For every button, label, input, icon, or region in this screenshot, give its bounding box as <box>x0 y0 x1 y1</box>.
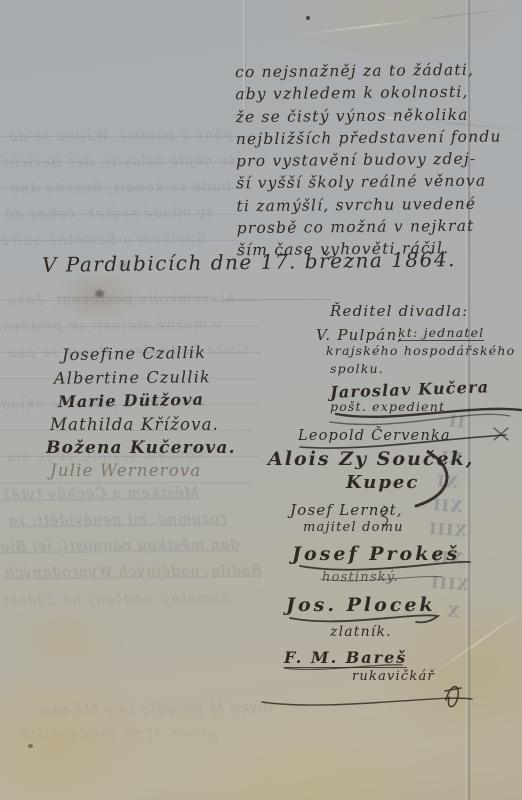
right-column-header: Ředitel divadla: <box>330 302 468 320</box>
body-line: co nejsnažněj za to žádati, <box>235 59 475 84</box>
signature-soucek-role: Kupec <box>346 472 419 493</box>
ghost-roman-numeral: XI <box>435 471 458 491</box>
body-line: ti zamýšlí, svrchu uvedené <box>236 193 476 218</box>
signature-prokes: Josef Prokeš <box>292 543 460 565</box>
ghost-text: pravé, M na tomto místě <box>20 725 218 743</box>
signature-bares: F. M. Bareš <box>284 648 407 668</box>
signature-prokes-role: hostinský. <box>322 570 399 585</box>
ghost-underline <box>225 299 330 300</box>
signature-plocek-role: zlatník. <box>330 624 392 640</box>
ghost-text: Městkem a Čechův tytéž <box>2 485 199 503</box>
body-line: aby vzhledem k okolnosti, <box>235 81 475 106</box>
stain-spot <box>28 744 33 748</box>
signature-pulpan-role: spolku. <box>330 361 384 376</box>
letter-body: co nejsnažněj za to žádati, aby vzhledem… <box>235 59 477 262</box>
signature-left: Josefine Czallik <box>62 343 206 365</box>
ghost-text: Radila, nadějných Wyprodaných <box>4 563 262 582</box>
body-line: ší vyšší školy reálné věnova <box>236 170 476 195</box>
signature-left: Julie Wernerova <box>50 461 201 480</box>
signature-kucera-role: pošt. expedient <box>330 399 445 414</box>
ghost-roman-numeral: XIII <box>427 519 467 541</box>
signature-plocek: Jos. Plocek <box>286 594 436 616</box>
body-line: prosbě co možná v nejkrat <box>237 215 477 240</box>
ghost-text: Spolkem a Samotně opírá <box>0 231 206 249</box>
ghost-text: Samotný, nadšený na Žádost <box>2 591 231 609</box>
ghost-text: rozumno, mi nenáviděti; za <box>8 511 227 529</box>
signature-soucek: Alois Zy Souček, <box>268 448 474 470</box>
ghost-text: den městkou pánností, jej Bio <box>0 537 239 556</box>
ink-speck <box>306 16 310 20</box>
ghost-text: bude se konati, Beseda dne <box>10 179 231 197</box>
ghost-roman-numeral: X <box>445 602 460 622</box>
ghost-roman-numeral: XII <box>431 495 463 516</box>
ghost-text: v možné stálosti se přidává <box>2 317 222 335</box>
body-line: pro vystavění budovy zdej- <box>236 148 476 173</box>
signature-left: Albertine Czullik <box>54 367 211 387</box>
signature-left: Mathilda Křížova. <box>50 415 219 434</box>
ghost-text: kterémkoliv postavení, Žáka <box>6 291 234 309</box>
stain-spot <box>95 290 104 297</box>
body-line: že se čistý výnos několika <box>235 103 475 128</box>
signature-bares-role: rukavičkář <box>352 669 435 684</box>
signature-pulpan-role: kt: jednatel <box>398 325 484 341</box>
signature-pulpan: V. Pulpán, <box>316 326 403 344</box>
signature-lernet-role: majitel domu <box>303 520 404 535</box>
signature-lernet: Josef Lernet, <box>290 501 403 519</box>
ghost-text: pány a panímí, Wžímu se dá <box>8 127 233 145</box>
ghost-roman-numeral: XIII <box>429 573 469 595</box>
ghost-text: ty mladé svátek, čehož dá <box>4 205 212 223</box>
signature-left: Marie Dütžova <box>58 390 205 412</box>
body-line: nejbližších představení fondu <box>236 126 476 151</box>
ghost-text: dívce M povedlo se v Má psu <box>40 701 272 719</box>
signature-left: Božena Kučerova. <box>46 438 236 458</box>
ghost-text: se nejde osláviti, der Bericht <box>2 153 236 171</box>
signature-cervenka: Leopold Červenka <box>298 428 451 444</box>
scanned-document-page: pány a panímí, Wžímu se dá se nejde oslá… <box>0 0 522 800</box>
ghost-rule <box>0 482 252 483</box>
signature-pulpan-role: krajského hospodářského <box>326 343 515 358</box>
